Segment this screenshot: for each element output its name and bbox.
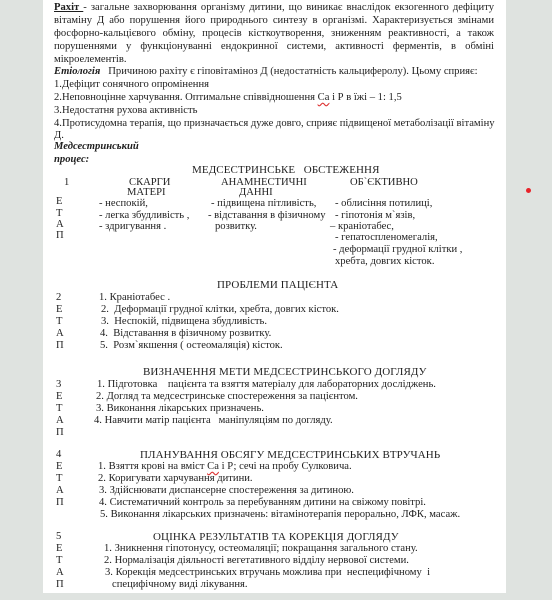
stage2-title: ПРОБЛЕМИ ПАЦІЄНТА xyxy=(217,279,338,291)
etiology-item-2-tail: і Р в їжі – 1: 1,5 xyxy=(329,92,401,103)
stage5-letter-e: Е xyxy=(56,543,62,555)
col1-item-3: - здригування . xyxy=(99,221,166,233)
stage3-item-1: 1. Підготовка пацієнта та взяття матеріа… xyxy=(97,379,436,391)
stage3-letter-e: Е xyxy=(56,391,62,403)
stage2-letter-a: А xyxy=(56,328,64,340)
document-page: Рахіт - загальне захворювання організму … xyxy=(43,0,506,593)
col3-item-6: хребта, довгих кісток. xyxy=(335,256,434,268)
stage2-item-3: 3. Неспокій, підвищена збудливість. xyxy=(101,316,267,328)
term-rickets: Рахіт xyxy=(54,2,83,13)
etiology-label: Етіологія xyxy=(54,66,100,77)
etiology-text: Причиною рахіту є гіповітаміноз Д (недос… xyxy=(100,66,477,77)
stage5-item-1: 1. Зникнення гіпотонусу, остеомаляції; п… xyxy=(104,543,418,555)
etiology-item-1: 1.Дефіцит сонячного опромінення xyxy=(54,79,209,91)
stage5-item-3: 3. Корекція медсестринських втручань мож… xyxy=(105,567,430,579)
process-label-1: Медсестринський xyxy=(54,141,139,153)
stage2-letter-p: П xyxy=(56,340,64,352)
stage3-letter-t: Т xyxy=(56,403,62,415)
stage1-title: МЕДСЕСТРИНСЬКЕ ОБСТЕЖЕННЯ xyxy=(192,164,380,176)
definition-text: - загальне захворювання організму дитини… xyxy=(54,2,494,65)
stage4-item-1-head: 1. Взяття крові на вміст xyxy=(98,461,207,472)
stage2-letter-t: Т xyxy=(56,316,62,328)
stage4-item-5: 5. Виконання лікарських призначень: віта… xyxy=(100,509,460,521)
stage1-letter-p: П xyxy=(56,230,64,242)
stage4-letter-p: П xyxy=(56,497,64,509)
stage5-item-3-cont: специфічному виді лікування. xyxy=(112,579,248,591)
etiology-line: Етіологія Причиною рахіту є гіповітаміно… xyxy=(54,66,478,78)
stage3-number: 3 xyxy=(56,379,61,391)
stage5-letter-t: Т xyxy=(56,555,62,567)
etiology-item-2-text: 2.Неповноцінне харчування. Оптимальне сп… xyxy=(54,92,318,103)
etiology-item-3: 3.Недостатня рухова активність xyxy=(54,105,197,117)
stage3-item-2: 2. Догляд та медсестринське спостереженн… xyxy=(96,391,358,403)
stage4-item-3: 3. Здійснювати диспансерне спостереження… xyxy=(99,485,354,497)
stage4-item-2: 2. Коригувати харчування дитини. xyxy=(98,473,253,485)
stage5-title: ОЦІНКА РЕЗУЛЬТАТІВ ТА КОРЕКЦІЯ ДОГЛЯДУ xyxy=(153,531,399,543)
stage4-letter-t: Т xyxy=(56,473,62,485)
spellcheck-ca: Са xyxy=(318,92,330,103)
process-label-2: процес: xyxy=(54,154,89,166)
etiology-item-2: 2.Неповноцінне харчування. Оптимальне сп… xyxy=(54,92,402,104)
stage3-letter-p: П xyxy=(56,427,64,439)
stage1-letter-e: Е xyxy=(56,196,62,208)
stage3-title: ВИЗНАЧЕННЯ МЕТИ МЕДСЕСТРИНСЬКОГО ДОГЛЯДУ xyxy=(143,366,427,378)
intro-paragraph: Рахіт - загальне захворювання організму … xyxy=(54,1,494,66)
col2-item-1: - підвищена пітливість, xyxy=(211,198,316,210)
stage4-title: ПЛАНУВАННЯ ОБСЯГУ МЕДСЕСТРИНСЬКИХ ВТРУЧА… xyxy=(140,449,440,461)
red-marker-dot xyxy=(526,188,531,193)
spellcheck-ca-2: Са xyxy=(207,461,219,472)
etiology-item-4: 4.Протисудомна терапія, що призначається… xyxy=(54,118,495,130)
stage1-number: 1 xyxy=(64,177,69,189)
stage4-item-4: 4. Систематичний контроль за перебування… xyxy=(99,497,426,509)
col1-item-1: - неспокій, xyxy=(99,198,148,210)
stage4-item-1: 1. Взяття крові на вміст Са і Р; сечі на… xyxy=(98,461,352,473)
stage5-number: 5 xyxy=(56,531,61,543)
stage3-item-4: 4. Навчити матір пацієнта маніпуляціям п… xyxy=(94,415,333,427)
stage4-letter-e: Е xyxy=(56,461,62,473)
col3-header-1: ОБ`ЄКТИВНО xyxy=(350,177,418,189)
stage4-item-1-tail: і Р; сечі на пробу Сулковича. xyxy=(219,461,352,472)
col3-item-5: - деформації грудної клітки , xyxy=(333,244,462,256)
stage5-letter-p: П xyxy=(56,579,64,591)
stage5-letter-a: А xyxy=(56,567,64,579)
stage2-item-5: 5. Розм`якшення ( остеомаляція) кісток. xyxy=(100,340,283,352)
col3-item-4: - гепатоспленомегалія, xyxy=(335,232,438,244)
stage2-item-4: 4. Відставання в фізичному розвитку. xyxy=(100,328,271,340)
stage2-item-2: 2. Деформації грудної клітки, хребта, до… xyxy=(101,304,339,316)
stage3-item-3: 3. Виконання лікарських призначень. xyxy=(96,403,264,415)
stage4-number: 4 xyxy=(56,449,61,461)
stage2-letter-e: Е xyxy=(56,304,62,316)
stage4-letter-a: А xyxy=(56,485,64,497)
stage2-item-1: 1. Краніотабес . xyxy=(99,292,170,304)
stage2-number: 2 xyxy=(56,292,61,304)
col3-item-1: - облисіння потилиці, xyxy=(335,198,432,210)
stage3-letter-a: А xyxy=(56,415,64,427)
stage5-item-2: 2. Нормалізація діяльності вегетативного… xyxy=(104,555,409,567)
col2-item-3: розвитку. xyxy=(215,221,257,233)
